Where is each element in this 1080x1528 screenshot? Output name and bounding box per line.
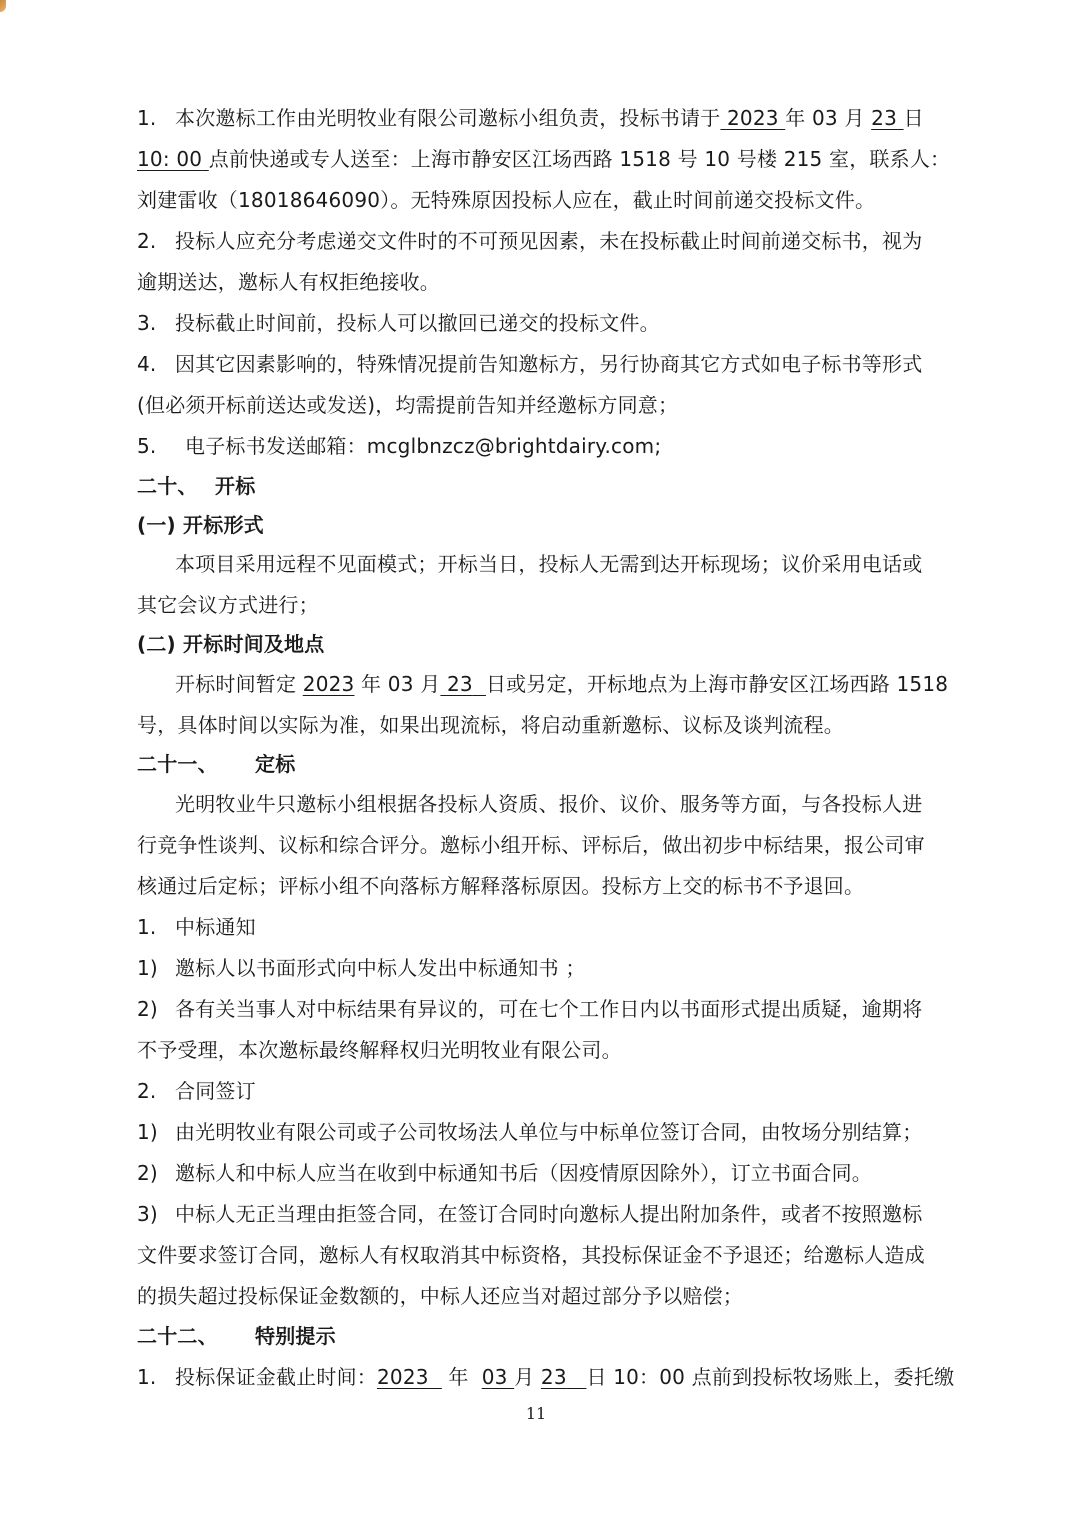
deposit-day: 23 xyxy=(541,1365,587,1389)
deposit-deadline-line: 1.投标保证金截止时间：2023 年 03 月 23 日 10：00 点前到投标… xyxy=(137,1357,954,1397)
deposit-month: 03 xyxy=(482,1365,514,1389)
contract-item-3-line-3: 的损失超过投标保证金数额的，中标人还应当对超过部分予以赔偿； xyxy=(137,1276,743,1316)
section-20-sub-1-para-line-2: 其它会议方式进行； xyxy=(137,585,319,625)
section-21-heading: 二十一、定标 xyxy=(137,744,295,784)
section-21-para-line-3: 核通过后定标；评标小组不向落标方解释落标原因。投标方上交的标书不予退回。 xyxy=(137,866,864,906)
contract-signing-heading: 2.合同签订 xyxy=(137,1071,256,1111)
section-20-sub-2-para-line-1: 开标时间暂定 2023 年 03 月 23 日或另定，开标地点为上海市静安区江场… xyxy=(175,664,948,704)
section-20-sub-2-para-line-2: 号，具体时间以实际为准，如果出现流标，将启动重新邀标、议标及谈判流程。 xyxy=(137,705,844,745)
submission-item-5-email: 5.电子标书发送邮箱：mcglbnzcz@brightdairy.com; xyxy=(137,426,661,466)
contract-item-3-line-1: 3)中标人无正当理由拒签合同，在签订合同时向邀标人提出附加条件，或者不按照邀标 xyxy=(137,1194,922,1234)
section-21-para-line-2: 行竞争性谈判、议标和综合评分。邀标小组开标、评标后，做出初步中标结果，报公司审 xyxy=(137,825,925,865)
opening-year: 2023 xyxy=(303,672,355,696)
deadline-year: 2023 xyxy=(720,106,785,130)
page-number: 11 xyxy=(0,1404,1072,1423)
submission-item-1-line-3: 刘建雷收（18018646090）。无特殊原因投标人应在，截止时间前递交投标文件… xyxy=(137,180,875,220)
section-21-para-line-1: 光明牧业牛只邀标小组根据各投标人资质、报价、议价、服务等方面，与各投标人进 xyxy=(175,784,922,824)
submission-item-2-line-1: 2.投标人应充分考虑递交文件时的不可预见因素，未在投标截止时间前递交标书，视为 xyxy=(137,221,922,261)
submission-item-1-line-2: 10: 00 点前快递或专人送至：上海市静安区江场西路 1518 号 10 号楼… xyxy=(137,139,950,179)
contract-item-3-line-2: 文件要求签订合同，邀标人有权取消其中标资格，其投标保证金不予退还；给邀标人造成 xyxy=(137,1235,925,1275)
submission-item-4-line-1: 4.因其它因素影响的，特殊情况提前告知邀标方，另行协商其它方式如电子标书等形式 xyxy=(137,344,922,384)
section-20-sub-2-heading: (二) 开标时间及地点 xyxy=(137,624,324,664)
award-notice-item-2-line-2: 不予受理，本次邀标最终解释权归光明牧业有限公司。 xyxy=(137,1030,622,1070)
deadline-time: 10: 00 xyxy=(137,147,209,171)
submission-item-4-line-2: (但必须开标前送达或发送)，均需提前告知并经邀标方同意； xyxy=(137,385,678,425)
award-notice-item-1: 1)邀标人以书面形式向中标人发出中标通知书 ； xyxy=(137,948,586,988)
section-20-sub-1-para-line-1: 本项目采用远程不见面模式；开标当日，投标人无需到达开标现场；议价采用电话或 xyxy=(175,544,922,584)
contract-item-1: 1)由光明牧业有限公司或子公司牧场法人单位与中标单位签订合同，由牧场分别结算； xyxy=(137,1112,922,1152)
deposit-year: 2023 xyxy=(377,1365,442,1389)
submission-item-3: 3.投标截止时间前，投标人可以撤回已递交的投标文件。 xyxy=(137,303,660,343)
section-20-heading: 二十、开标 xyxy=(137,466,255,506)
award-notice-item-2-line-1: 2)各有关当事人对中标结果有异议的，可在七个工作日内以书面形式提出质疑，逾期将 xyxy=(137,989,922,1029)
section-20-sub-1-heading: (一) 开标形式 xyxy=(137,505,264,545)
submission-item-1-line-1: 1.本次邀标工作由光明牧业有限公司邀标小组负责，投标书请于 2023 年 03 … xyxy=(137,98,924,138)
submission-item-2-line-2: 逾期送达，邀标人有权拒绝接收。 xyxy=(137,262,440,302)
opening-day: 23 xyxy=(440,672,486,696)
contract-item-2: 2)邀标人和中标人应当在收到中标通知书后（因疫情原因除外），订立书面合同。 xyxy=(137,1153,872,1193)
award-notice-heading: 1.中标通知 xyxy=(137,907,256,947)
scan-corner-mark xyxy=(0,0,6,12)
deadline-day: 23 xyxy=(871,106,903,130)
section-22-heading: 二十二、特别提示 xyxy=(137,1316,336,1356)
